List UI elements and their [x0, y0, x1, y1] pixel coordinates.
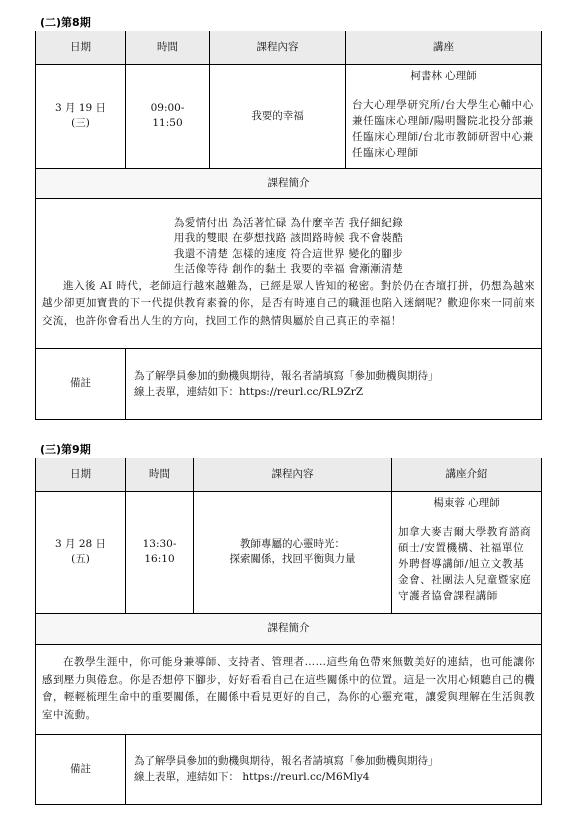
time-start: 13:30-	[130, 537, 189, 552]
course-cell: 我要的幸福	[210, 64, 346, 168]
session-9-table: 日期 時間 課程內容 講座介紹 3 月 28 日 (五) 13:30- 16:1…	[35, 458, 542, 805]
course-title: 我要的幸福	[214, 109, 341, 124]
header-date: 日期	[36, 31, 126, 64]
header-course: 課程內容	[194, 458, 392, 491]
poem-line: 我還不清楚 怎樣的速度 符合這世界 變化的腳步	[42, 247, 535, 263]
intro-text: 進入後 AI 時代，老師這行越來越難為，已經是眾人皆知的秘密。對於仍在杏壇打拼，…	[42, 278, 535, 331]
note-row: 備註 為了解學員參加的動機與期待，報名者請填寫「參加動機與期待」 線上表單，連結…	[36, 734, 542, 804]
note-row: 備註 為了解學員參加的動機與期待，報名者請填寫「參加動機與期待」 線上表單，連結…	[36, 348, 542, 419]
intro-header-row: 課程簡介	[36, 613, 542, 644]
header-lecturer: 講座介紹	[392, 458, 542, 491]
table-row: 3 月 19 日 (三) 09:00- 11:50 我要的幸福 柯書林 心理師 …	[36, 64, 542, 168]
course-title: 教師專屬的心靈時光：	[198, 537, 387, 552]
intro-label: 課程簡介	[36, 168, 542, 198]
time-cell: 13:30- 16:10	[126, 491, 194, 613]
intro-cell: 為愛情付出 為活著忙碌 為什麼辛苦 我仔細紀錄 用我的雙眼 在夢想找路 該問路時…	[36, 198, 542, 348]
header-lecturer: 講座	[346, 31, 542, 64]
header-time: 時間	[126, 458, 194, 491]
time-start: 09:00-	[130, 101, 205, 116]
lecturer-cell: 柯書林 心理師 台大心理學研究所/台大學生心輔中心兼任臨床心理師/陽明醫院北投分…	[346, 64, 542, 168]
time-cell: 09:00- 11:50	[126, 64, 210, 168]
intro-row: 在教學生涯中，你可能身兼導師、支持者、管理者……這些角色帶來無數美好的連結，也可…	[36, 644, 542, 734]
course-subtitle: 探索關係，找回平衡與力量	[198, 552, 387, 567]
table-header-row: 日期 時間 課程內容 講座	[36, 31, 542, 64]
intro-label: 課程簡介	[36, 613, 542, 644]
lecturer-bio: 台大心理學研究所/台大學生心輔中心兼任臨床心理師/陽明醫院北投分部兼任臨床心理師…	[352, 97, 535, 161]
note-text: 為了解學員參加的動機與期待，報名者請填寫「參加動機與期待」	[134, 753, 533, 769]
time-end: 16:10	[130, 552, 189, 567]
note-label: 備註	[36, 734, 126, 804]
weekday-value: (三)	[40, 116, 121, 131]
course-cell: 教師專屬的心靈時光： 探索關係，找回平衡與力量	[194, 491, 392, 613]
session-8-table: 日期 時間 課程內容 講座 3 月 19 日 (三) 09:00- 11:50 …	[35, 31, 542, 420]
date-cell: 3 月 28 日 (五)	[36, 491, 126, 613]
date-value: 3 月 28 日	[40, 537, 121, 552]
intro-cell: 在教學生涯中，你可能身兼導師、支持者、管理者……這些角色帶來無數美好的連結，也可…	[36, 644, 542, 734]
note-cell: 為了解學員參加的動機與期待，報名者請填寫「參加動機與期待」 線上表單，連結如下：…	[126, 348, 542, 419]
header-time: 時間	[126, 31, 210, 64]
header-course: 課程內容	[210, 31, 346, 64]
header-date: 日期	[36, 458, 126, 491]
lecturer-cell: 楊東蓉 心理師 加拿大麥吉爾大學教育諮商碩士/安置機構、社福單位外聘督導講師/旭…	[392, 491, 542, 613]
note-cell: 為了解學員參加的動機與期待，報名者請填寫「參加動機與期待」 線上表單，連結如下：…	[126, 734, 542, 804]
section-title-session-9: (三)第9期	[40, 441, 91, 457]
lecturer-name: 柯書林 心理師	[352, 69, 535, 84]
intro-text: 在教學生涯中，你可能身兼導師、支持者、管理者……這些角色帶來無數美好的連結，也可…	[42, 654, 535, 724]
intro-row: 為愛情付出 為活著忙碌 為什麼辛苦 我仔細紀錄 用我的雙眼 在夢想找路 該問路時…	[36, 198, 542, 348]
note-label: 備註	[36, 348, 126, 419]
date-value: 3 月 19 日	[40, 101, 121, 116]
section-title-session-8: (二)第8期	[40, 14, 91, 30]
poem-line: 生活像等待 創作的黏土 我要的幸福 會漸漸清楚	[42, 262, 535, 278]
registration-link[interactable]: 線上表單，連結如下： https://reurl.cc/M6Mly4	[134, 769, 533, 785]
poem-line: 為愛情付出 為活著忙碌 為什麼辛苦 我仔細紀錄	[42, 216, 535, 232]
table-row: 3 月 28 日 (五) 13:30- 16:10 教師專屬的心靈時光： 探索關…	[36, 491, 542, 613]
lecturer-bio: 加拿大麥吉爾大學教育諮商碩士/安置機構、社福單位外聘督導講師/旭立文教基金會、社…	[398, 524, 535, 604]
table-header-row: 日期 時間 課程內容 講座介紹	[36, 458, 542, 491]
lecturer-name: 楊東蓉 心理師	[398, 496, 535, 511]
weekday-value: (五)	[40, 552, 121, 567]
date-cell: 3 月 19 日 (三)	[36, 64, 126, 168]
registration-link[interactable]: 線上表單，連結如下：https://reurl.cc/RL9ZrZ	[134, 384, 533, 400]
time-end: 11:50	[130, 116, 205, 131]
poem-line: 用我的雙眼 在夢想找路 該問路時候 我不會裝酷	[42, 231, 535, 247]
intro-header-row: 課程簡介	[36, 168, 542, 198]
note-text: 為了解學員參加的動機與期待，報名者請填寫「參加動機與期待」	[134, 368, 533, 384]
